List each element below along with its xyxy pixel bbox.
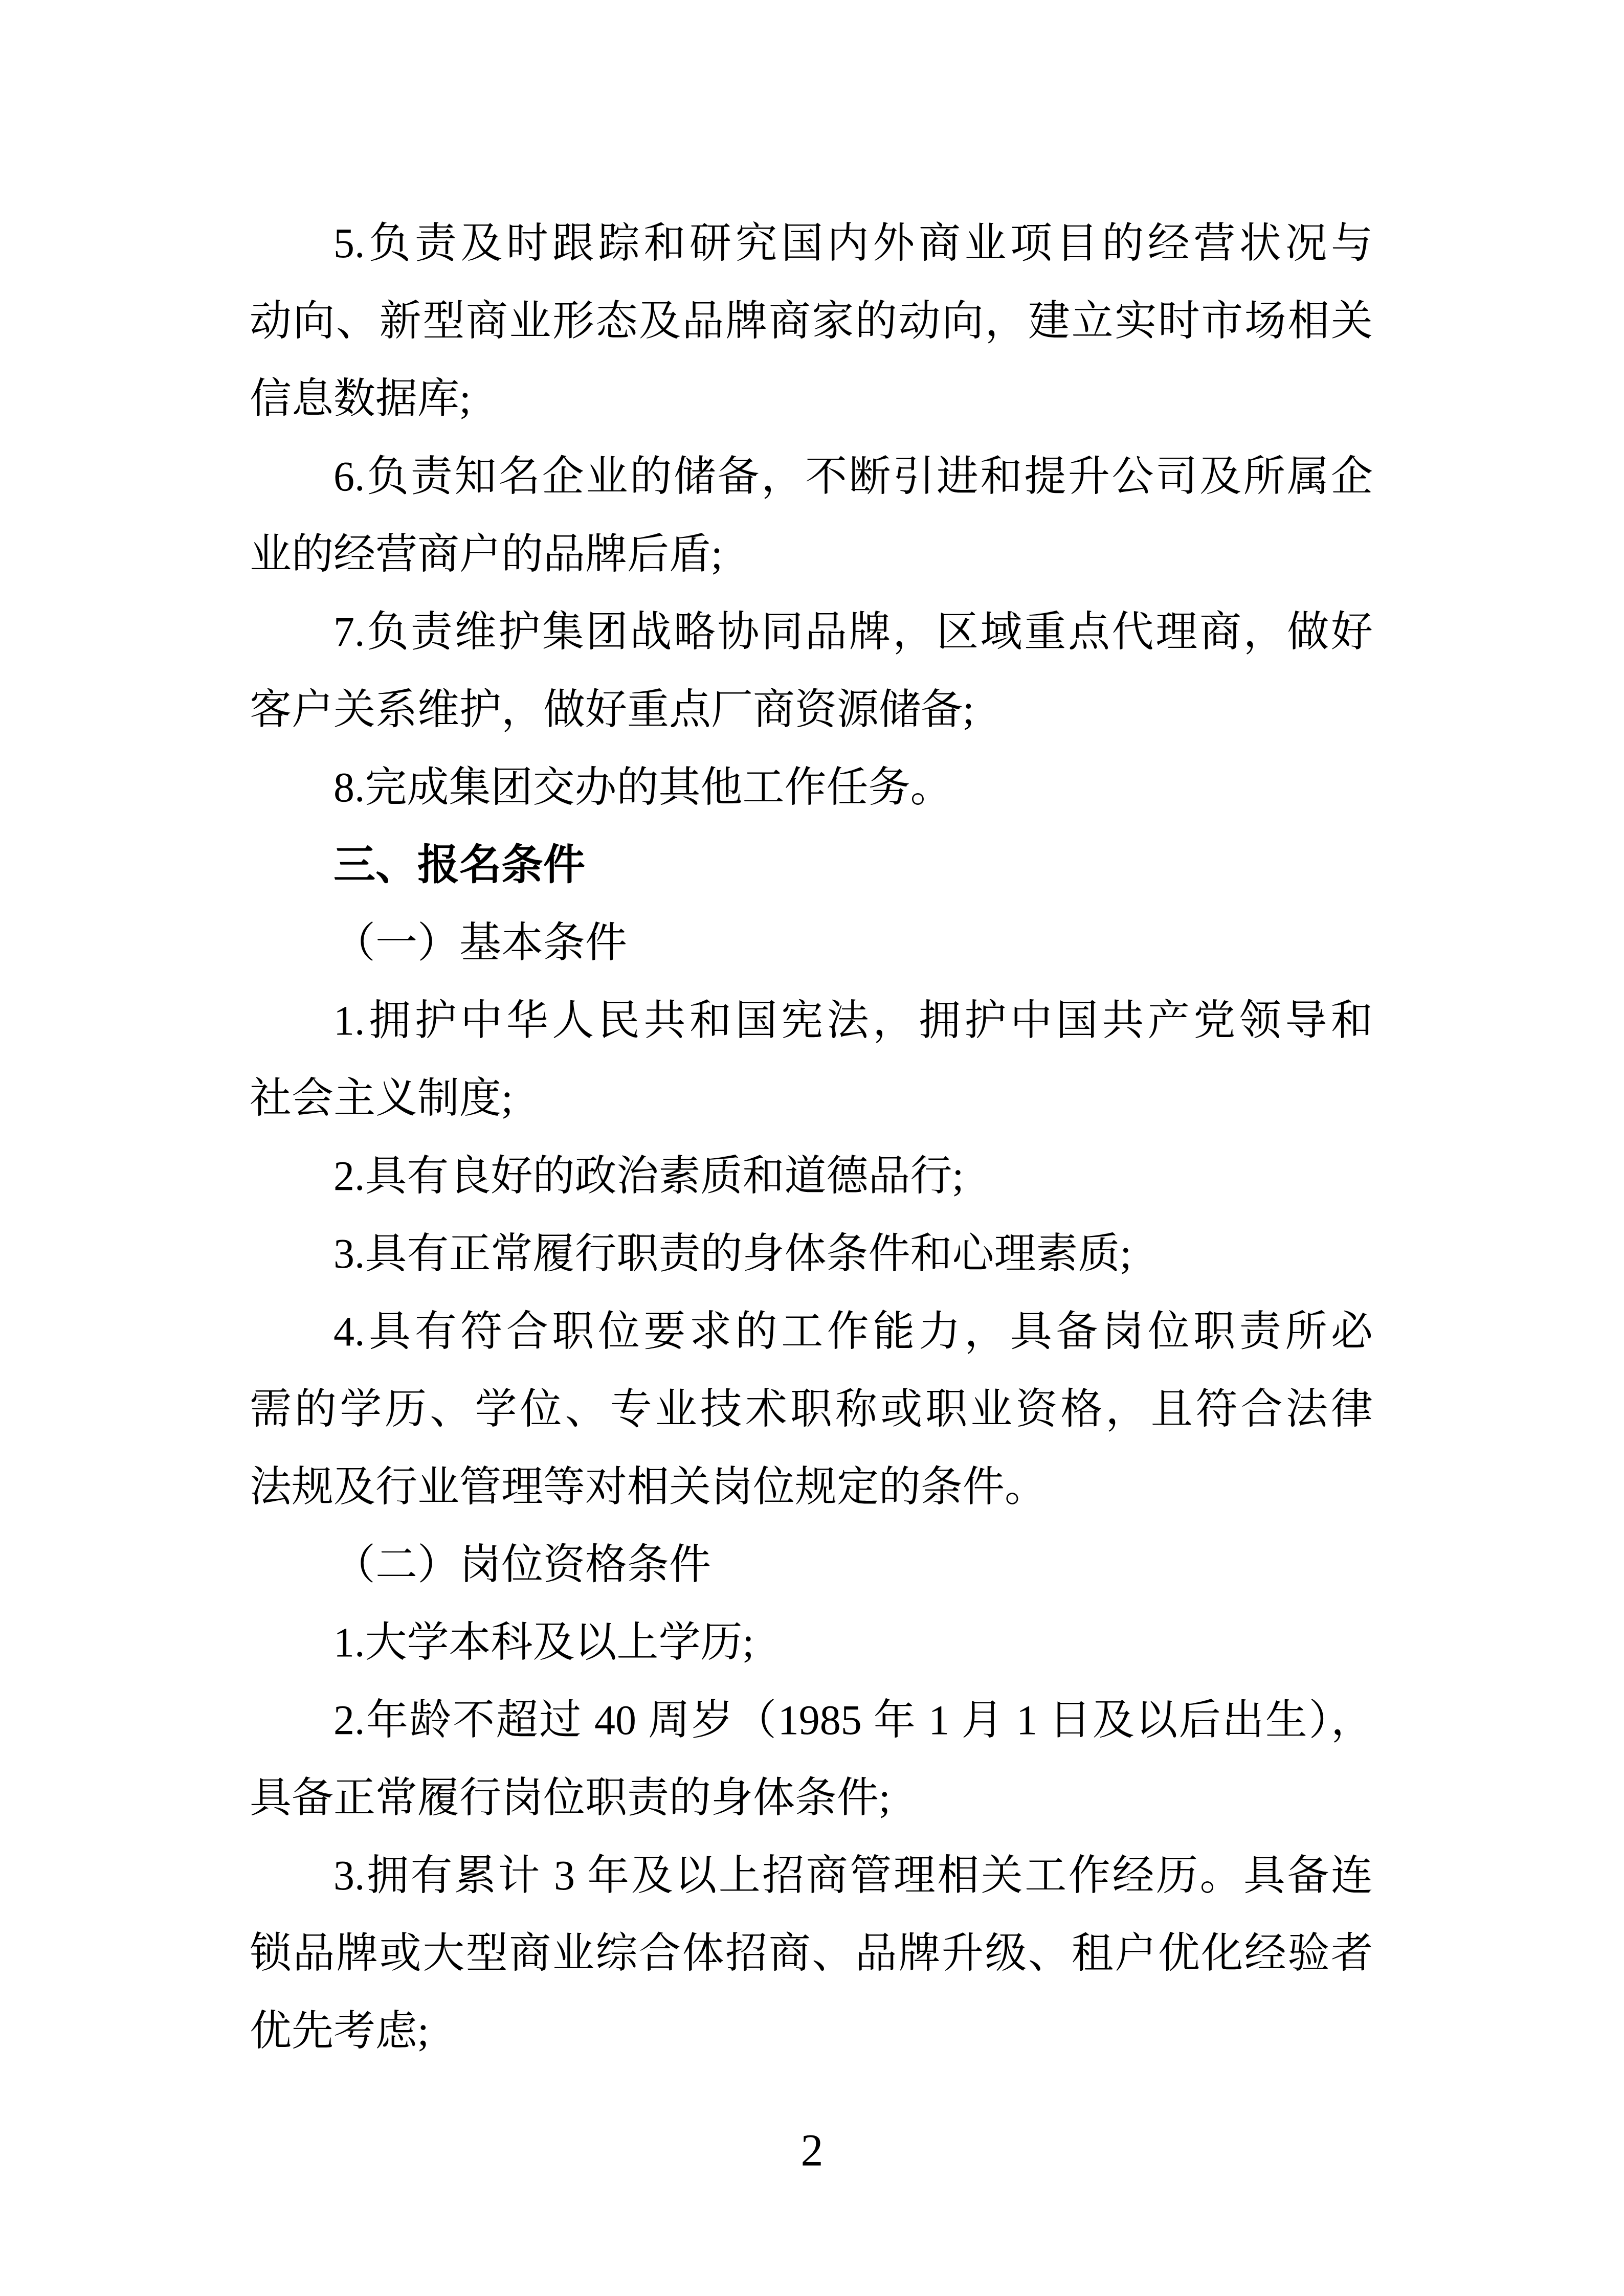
- text-line: 6.负责知名企业的储备，不断引进和提升公司及所属企: [250, 438, 1373, 515]
- text-line: 3.拥有累计 3 年及以上招商管理相关工作经历。具备连: [250, 1837, 1373, 1915]
- text-line: 2.具有良好的政治素质和道德品行;: [250, 1137, 1373, 1215]
- text-line: 1.拥护中华人民共和国宪法，拥护中国共产党领导和: [250, 982, 1373, 1060]
- text-line: 3.具有正常履行职责的身体条件和心理素质;: [250, 1215, 1373, 1293]
- text-line: 8.完成集团交办的其他工作任务。: [250, 749, 1373, 826]
- sub-heading: （一）基本条件: [250, 904, 1373, 982]
- text-line: 业的经营商户的品牌后盾;: [250, 515, 1373, 593]
- text-line: 锁品牌或大型商业综合体招商、品牌升级、租户优化经验者: [250, 1915, 1373, 1992]
- document-page: 5.负责及时跟踪和研究国内外商业项目的经营状况与动向、新型商业形态及品牌商家的动…: [0, 0, 1624, 2296]
- text-line: 4.具有符合职位要求的工作能力，具备岗位职责所必: [250, 1293, 1373, 1370]
- text-line: 2.年龄不超过 40 周岁（1985 年 1 月 1 日及以后出生），: [250, 1681, 1373, 1759]
- page-number: 2: [0, 2112, 1624, 2190]
- text-line: 需的学历、学位、专业技术职称或职业资格，且符合法律: [250, 1370, 1373, 1448]
- text-line: 法规及行业管理等对相关岗位规定的条件。: [250, 1448, 1373, 1526]
- text-line: 优先考虑;: [250, 1992, 1373, 2070]
- text-line: 1.大学本科及以上学历;: [250, 1604, 1373, 1681]
- sub-heading: （二）岗位资格条件: [250, 1526, 1373, 1604]
- text-line: 社会主义制度;: [250, 1060, 1373, 1137]
- text-line: 7.负责维护集团战略协同品牌，区域重点代理商，做好: [250, 593, 1373, 671]
- section-heading: 三、报名条件: [250, 826, 1373, 904]
- text-line: 客户关系维护，做好重点厂商资源储备;: [250, 671, 1373, 749]
- document-body: 5.负责及时跟踪和研究国内外商业项目的经营状况与动向、新型商业形态及品牌商家的动…: [250, 205, 1373, 2070]
- text-line: 具备正常履行岗位职责的身体条件;: [250, 1759, 1373, 1837]
- text-line: 5.负责及时跟踪和研究国内外商业项目的经营状况与: [250, 205, 1373, 282]
- text-line: 信息数据库;: [250, 360, 1373, 438]
- text-line: 动向、新型商业形态及品牌商家的动向，建立实时市场相关: [250, 282, 1373, 360]
